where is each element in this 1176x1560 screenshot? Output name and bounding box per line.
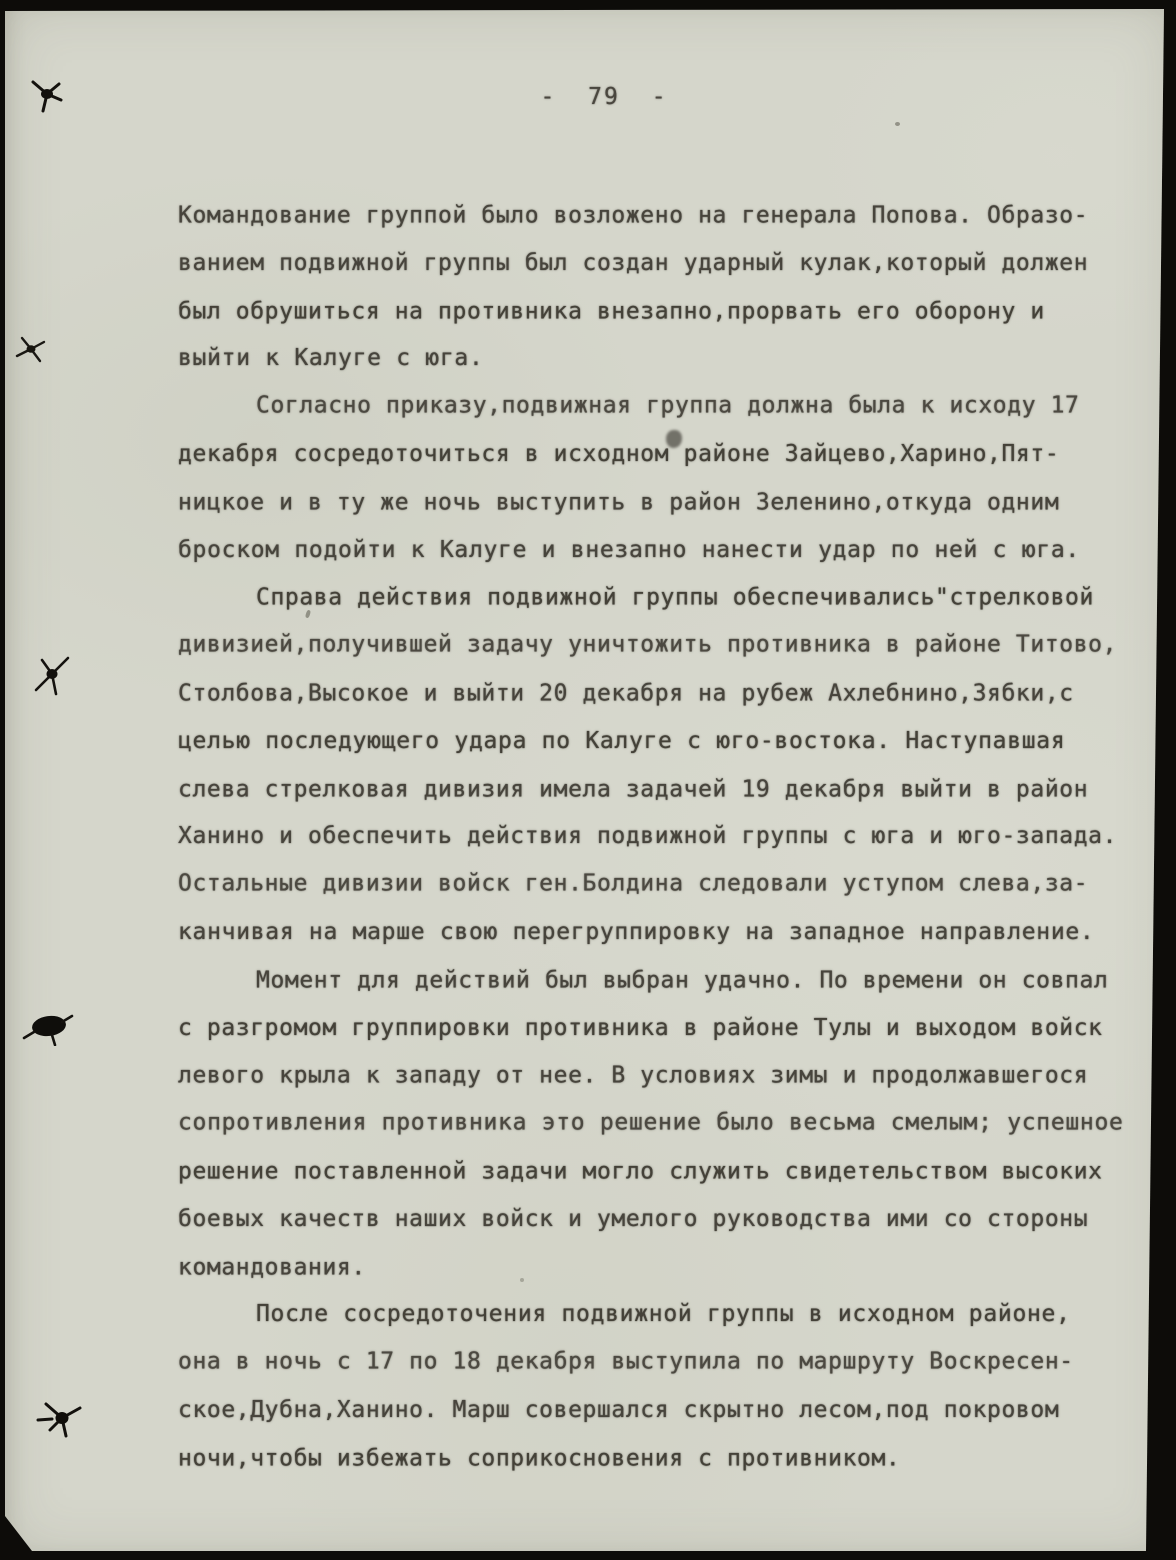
text-line: броском подойти к Калуге и внезапно нане… <box>178 527 1138 575</box>
text-line: слева стрелковая дивизия имела задачей 1… <box>178 766 1138 814</box>
text-line: ское,Дубна,Ханино. Марш совершался скрыт… <box>178 1387 1138 1435</box>
text-line: Момент для действий был выбран удачно. П… <box>178 957 1138 1005</box>
paper-tear-blob-icon <box>22 1008 74 1046</box>
text-line: выйти к Калуге с юга. <box>178 335 1138 383</box>
text-line: целью последующего удара по Калуге с юго… <box>178 718 1138 766</box>
text-line: Командование группой было возложено на г… <box>178 193 1138 241</box>
text-line: Ханино и обеспечить действия подвижной г… <box>178 813 1138 861</box>
text-line: Столбова,Высокое и выйти 20 декабря на р… <box>178 671 1138 719</box>
paper-page: - 79 - Командование группой было возложе… <box>0 0 1176 1560</box>
scan-background: - 79 - Командование группой было возложе… <box>0 0 1176 1560</box>
text-line: ванием подвижной группы был создан ударн… <box>178 240 1138 288</box>
page-number: - 79 - <box>16 82 1176 112</box>
text-line: Согласно приказу,подвижная группа должна… <box>178 383 1138 431</box>
text-line: После сосредоточения подвижной группы в … <box>178 1291 1138 1339</box>
text-line: ночи,чтобы избежать соприкосновения с пр… <box>178 1435 1138 1483</box>
paper-tear-hole-icon <box>32 652 74 696</box>
text-line: был обрушиться на противника внезапно,пр… <box>178 288 1138 336</box>
paper-tear-hole-icon <box>14 334 50 366</box>
text-body: Командование группой было возложено на г… <box>178 192 1138 1483</box>
text-line: с разгромом группировки противника в рай… <box>178 1005 1138 1053</box>
text-line: дивизией,получившей задачу уничтожить пр… <box>178 622 1138 670</box>
text-line: боевых качеств наших войск и умелого рук… <box>178 1196 1138 1244</box>
text-line: канчивая на марше свою перегруппировку н… <box>178 909 1138 957</box>
text-line: декабря сосредоточиться в исходном район… <box>178 431 1138 479</box>
text-line: ницкое и в ту же ночь выступить в район … <box>178 479 1138 527</box>
text-line: Остальные дивизии войск ген.Болдина след… <box>178 861 1138 909</box>
paper-tear-hole-icon <box>36 1398 88 1440</box>
text-line: командования. <box>178 1244 1138 1292</box>
paper-speck <box>895 122 900 126</box>
text-line: левого крыла к западу от нее. В условиях… <box>178 1053 1138 1101</box>
text-line: сопротивления противника это решение был… <box>178 1100 1138 1148</box>
text-line: решение поставленной задачи могло служит… <box>178 1149 1138 1197</box>
text-line: она в ночь с 17 по 18 декабря выступила … <box>178 1339 1138 1387</box>
text-line: Справа действия подвижной группы обеспеч… <box>178 575 1138 623</box>
